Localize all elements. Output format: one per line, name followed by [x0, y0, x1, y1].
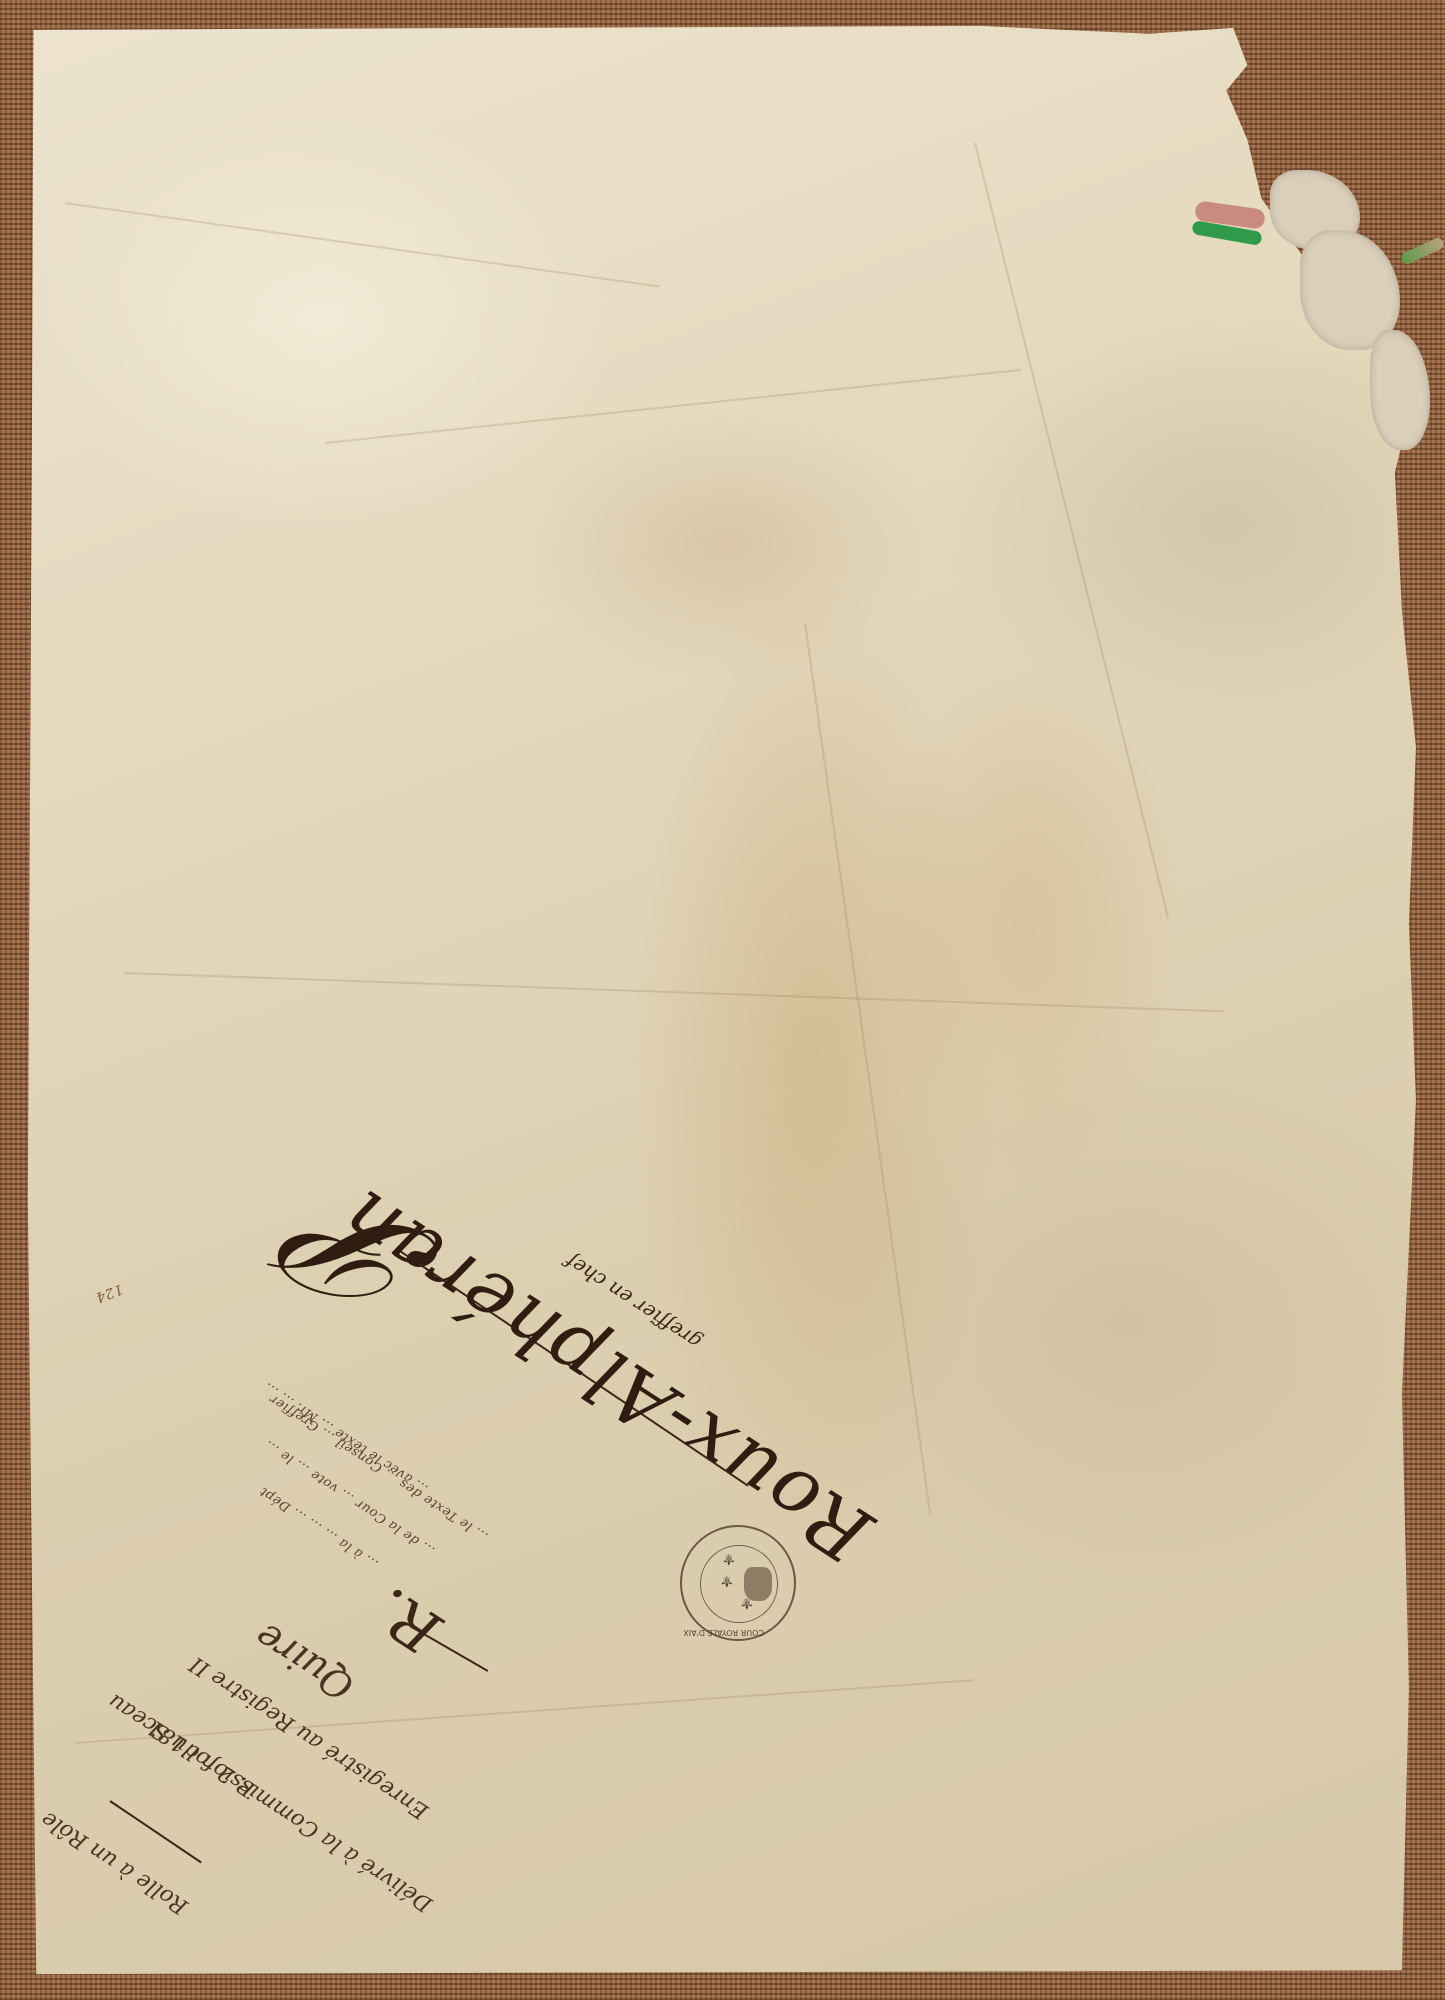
green-cord-end [1400, 236, 1445, 266]
crease [804, 623, 931, 1515]
crease [325, 369, 1021, 444]
fleur-de-lis-icon: ⚜ [722, 1550, 736, 1569]
crease [65, 202, 659, 287]
crease [974, 143, 1169, 920]
crown-icon [744, 1567, 772, 1601]
crease [125, 972, 1224, 1012]
crease [75, 1679, 973, 1744]
cour-royale-stamp: COUR ROYALE D'AIX ⚜ ⚜ ⚜ [680, 1525, 796, 1641]
fleur-de-lis-icon: ⚜ [720, 1572, 734, 1591]
stamp-text: COUR ROYALE D'AIX [682, 1527, 794, 1639]
torn-fragment [1370, 330, 1430, 450]
